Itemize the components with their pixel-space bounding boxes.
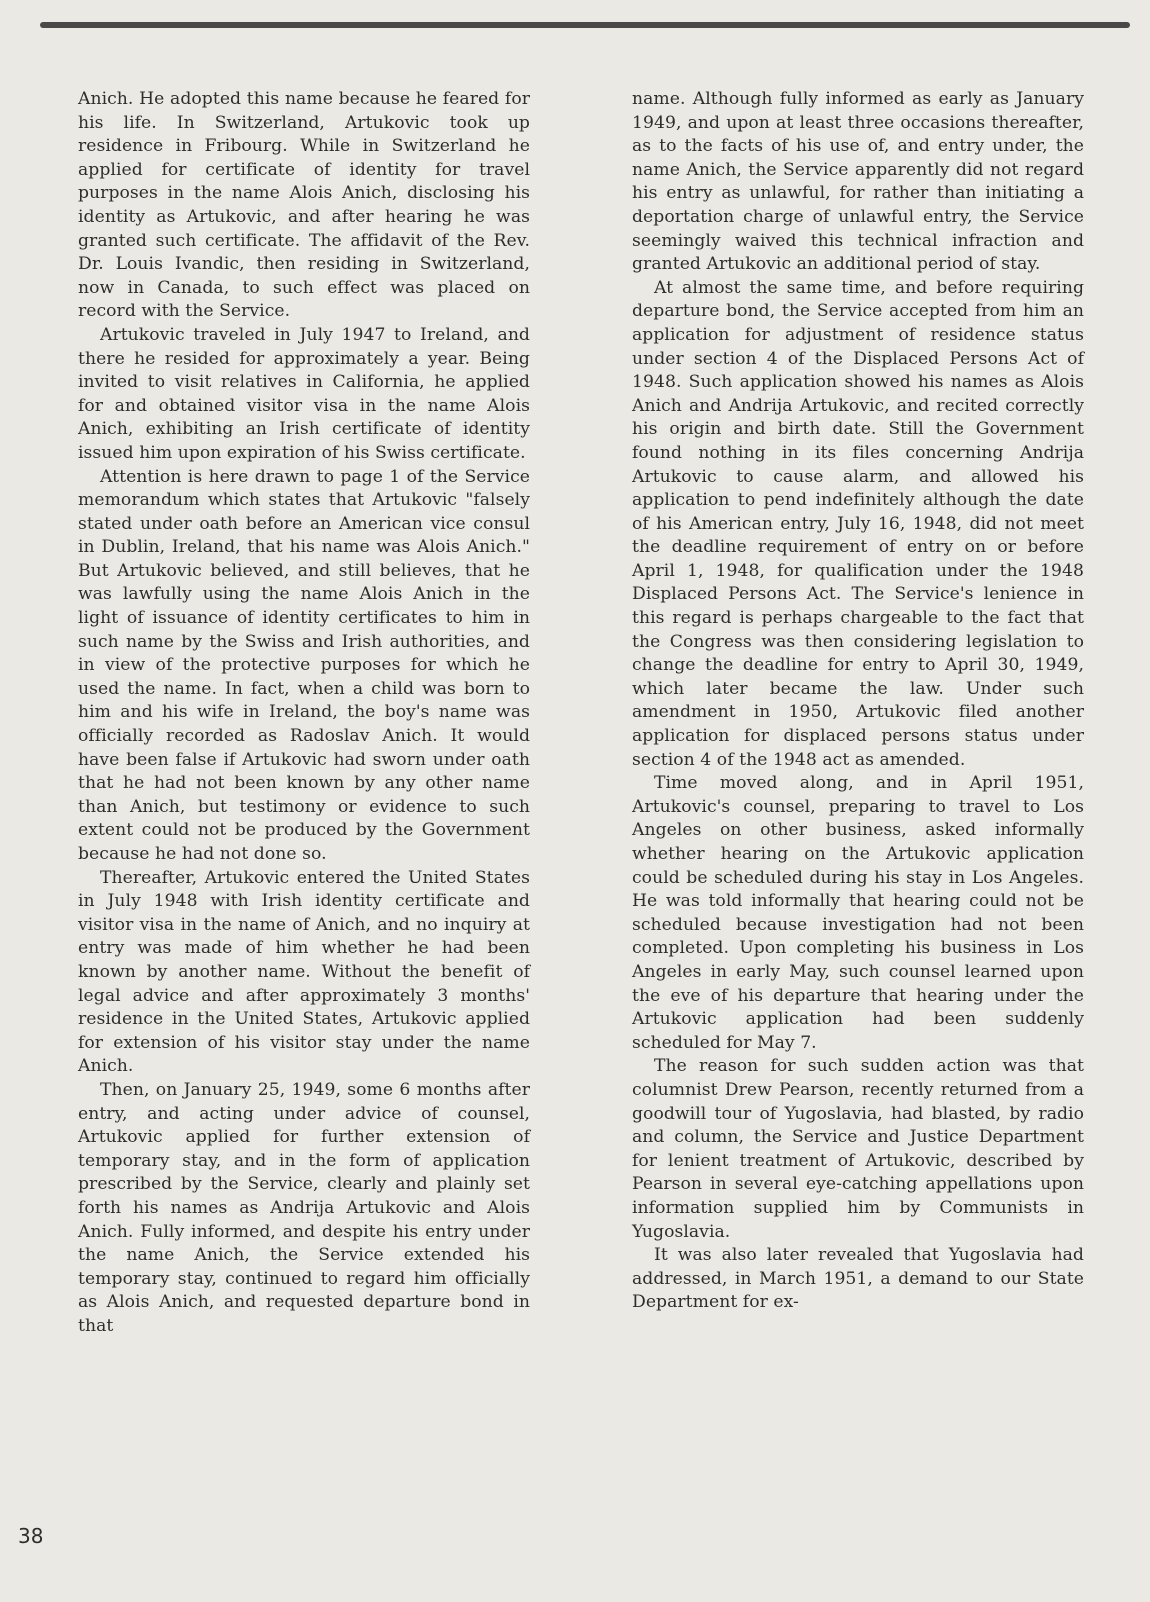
top-horizontal-rule [40, 22, 1130, 28]
paragraph: name. Although fully informed as early a… [632, 88, 1084, 277]
paragraph: Anich. He adopted this name because he f… [78, 88, 530, 324]
paragraph: Thereafter, Artukovic entered the United… [78, 867, 530, 1079]
paragraph: Then, on January 25, 1949, some 6 months… [78, 1079, 530, 1339]
paragraph: Time moved along, and in April 1951, Art… [632, 772, 1084, 1055]
paragraph: The reason for such sudden action was th… [632, 1055, 1084, 1244]
paragraph: Artukovic traveled in July 1947 to Irela… [78, 324, 530, 466]
paragraph: It was also later revealed that Yugoslav… [632, 1244, 1084, 1315]
paragraph: At almost the same time, and before requ… [632, 277, 1084, 772]
left-text-column: Anich. He adopted this name because he f… [78, 88, 530, 1338]
paragraph: Attention is here drawn to page 1 of the… [78, 466, 530, 867]
page-number: 38 [18, 1524, 43, 1548]
right-text-column: name. Although fully informed as early a… [632, 88, 1084, 1315]
